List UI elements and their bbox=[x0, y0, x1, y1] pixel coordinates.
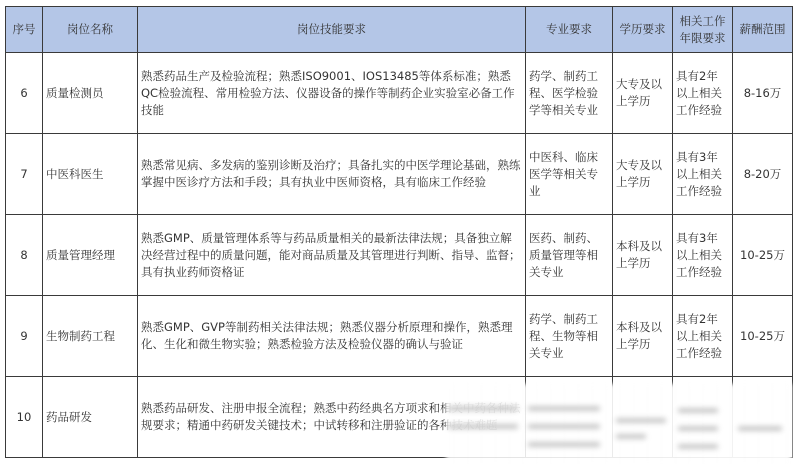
cell-education: 本科及以上学历 bbox=[613, 296, 673, 377]
cell-name: 质量检测员 bbox=[43, 53, 138, 134]
header-name: 岗位名称 bbox=[43, 7, 138, 53]
header-experience: 相关工作年限要求 bbox=[673, 7, 733, 53]
cell-salary: 10-25万 bbox=[733, 215, 793, 296]
cell-name: 中医科医生 bbox=[43, 134, 138, 215]
blurred-text bbox=[678, 426, 718, 431]
blurred-text bbox=[678, 408, 718, 413]
blurred-text bbox=[448, 424, 518, 429]
cell-education: 本科及以上学历 bbox=[613, 215, 673, 296]
cell-experience: 具有2年以上相关工作经验 bbox=[673, 296, 733, 377]
cell-num: 7 bbox=[6, 134, 43, 215]
cell-num: 9 bbox=[6, 296, 43, 377]
blurred-text bbox=[738, 426, 782, 431]
table-row: 6 质量检测员 熟悉药品生产及检验流程；熟悉ISO9001、IOS13485等体… bbox=[6, 53, 793, 134]
header-education: 学历要求 bbox=[613, 7, 673, 53]
blurred-text bbox=[616, 418, 666, 423]
cell-major: 中医科、临床医学等相关专业 bbox=[526, 134, 613, 215]
table-row: 8 质量管理经理 熟悉GMP、质量管理体系等与药品质量相关的最新法律法规；具备独… bbox=[6, 215, 793, 296]
cell-experience: 具有3年以上相关工作经验 bbox=[673, 134, 733, 215]
cell-skills: 熟悉常见病、多发病的鉴别诊断及治疗；具备扎实的中医学理论基础，熟练掌握中医诊疗方… bbox=[138, 134, 526, 215]
blurred-text bbox=[528, 424, 600, 429]
header-skills: 岗位技能要求 bbox=[138, 7, 526, 53]
cell-num: 10 bbox=[6, 377, 43, 458]
blurred-text bbox=[616, 434, 646, 439]
cell-name: 药品研发 bbox=[43, 377, 138, 458]
cell-experience: 具有2年以上相关工作经验 bbox=[673, 53, 733, 134]
cell-salary: 10-25万 bbox=[733, 296, 793, 377]
table-row: 9 生物制药工程 熟悉GMP、GVP等制药相关法律法规；熟悉仪器分析原理和操作，… bbox=[6, 296, 793, 377]
table-row: 7 中医科医生 熟悉常见病、多发病的鉴别诊断及治疗；具备扎实的中医学理论基础，熟… bbox=[6, 134, 793, 215]
blurred-text bbox=[528, 406, 600, 411]
cell-experience: 具有3年以上相关工作经验 bbox=[673, 215, 733, 296]
cell-num: 6 bbox=[6, 53, 43, 134]
cell-salary: 8-20万 bbox=[733, 134, 793, 215]
cell-skills: 熟悉GMP、质量管理体系等与药品质量相关的最新法律法规；具备独立解决经营过程中的… bbox=[138, 215, 526, 296]
cell-education: 大专及以上学历 bbox=[613, 134, 673, 215]
cell-skills: 熟悉药品生产及检验流程；熟悉ISO9001、IOS13485等体系标准；熟悉QC… bbox=[138, 53, 526, 134]
cell-major: 药学、制药工程、生物等相关专业 bbox=[526, 296, 613, 377]
blurred-text bbox=[448, 406, 518, 411]
blurred-overlay bbox=[446, 384, 792, 464]
cell-name: 生物制药工程 bbox=[43, 296, 138, 377]
header-major: 专业要求 bbox=[526, 7, 613, 53]
cell-skills: 熟悉GMP、GVP等制药相关法律法规；熟悉仪器分析原理和操作，熟悉理化、生化和微… bbox=[138, 296, 526, 377]
cell-name: 质量管理经理 bbox=[43, 215, 138, 296]
header-salary: 薪酬范围 bbox=[733, 7, 793, 53]
header-num: 序号 bbox=[6, 7, 43, 53]
cell-salary: 8-16万 bbox=[733, 53, 793, 134]
header-row: 序号 岗位名称 岗位技能要求 专业要求 学历要求 相关工作年限要求 薪酬范围 bbox=[6, 7, 793, 53]
blurred-text bbox=[528, 442, 600, 447]
cell-major: 医药、制药、质量管理等相关专业 bbox=[526, 215, 613, 296]
blurred-text bbox=[678, 444, 718, 449]
cell-education: 大专及以上学历 bbox=[613, 53, 673, 134]
cell-num: 8 bbox=[6, 215, 43, 296]
cell-major: 药学、制药工程、医学检验学等相关专业 bbox=[526, 53, 613, 134]
